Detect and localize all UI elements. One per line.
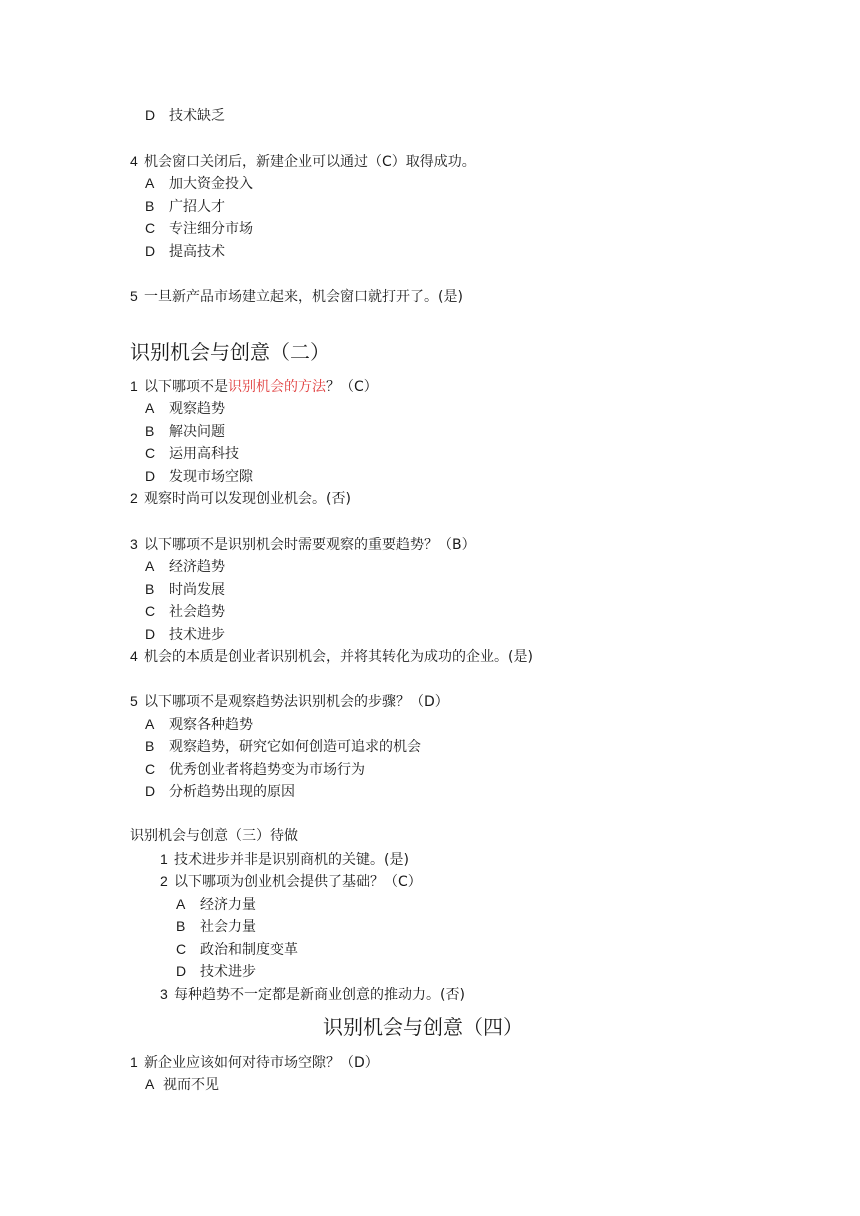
option-text: 时尚发展 [169,582,225,598]
option-letter: D [145,242,169,260]
option-row: B社会力量 [176,917,256,936]
option-text: 优秀创业者将趋势变为市场行为 [169,762,365,778]
question-text: 以下哪项不是观察趋势法识别机会的步骤？（D） [144,694,449,710]
option-row: C社会趋势 [145,602,225,621]
question-4: 4机会的本质是创业者识别机会，并将其转化为成功的企业。(是) [130,647,533,666]
question-3: 3每种趋势不一定都是新商业创意的推动力。(否) [160,985,465,1004]
option-text: 加大资金投入 [169,176,253,192]
question-1: 1新企业应该如何对待市场空隙？（D） [130,1053,379,1072]
question-text: 观察时尚可以发现创业机会。(否) [144,491,351,507]
option-text: 观察各种趋势 [169,717,253,733]
option-text: 技术进步 [169,627,225,643]
option-text: 观察趋势，研究它如何创造可追求的机会 [169,739,421,755]
option-row: D提高技术 [145,242,225,261]
option-text: 技术缺乏 [169,108,225,124]
option-letter: A [145,399,169,417]
option-text: 专注细分市场 [169,221,253,237]
section-heading: 识别机会与创意（四） [323,1014,523,1040]
option-row: A观察趋势 [145,399,225,418]
question-number: 1 [130,377,144,395]
question-text: 一旦新产品市场建立起来，机会窗口就打开了。(是) [144,289,463,305]
question-text: 以下哪项不是识别机会时需要观察的重要趋势？（B） [144,537,476,553]
question-number: 2 [160,872,174,890]
option-letter: B [145,737,169,755]
option-text: 政治和制度变革 [200,942,298,958]
option-letter: B [145,422,169,440]
question-text: 每种趋势不一定都是新商业创意的推动力。(否) [174,987,465,1003]
highlighted-text: 识别机会的方法 [228,379,326,395]
option-letter: A [176,895,200,913]
option-row: D技术进步 [145,625,225,644]
option-row: C政治和制度变革 [176,940,298,959]
question-1: 1以下哪项不是识别机会的方法？（C） [130,377,378,396]
question-answer: ？（C） [326,379,378,395]
option-letter: A [145,557,169,575]
question-1: 1技术进步并非是识别商机的关键。(是) [160,850,409,869]
option-row: B解决问题 [145,422,225,441]
option-letter: B [176,917,200,935]
question-number: 4 [130,647,144,665]
option-row: D分析趋势出现的原因 [145,782,295,801]
option-row: B广招人才 [145,197,225,216]
option-letter: A [145,174,169,192]
question-3: 3以下哪项不是识别机会时需要观察的重要趋势？（B） [130,535,476,554]
question-2: 2以下哪项为创业机会提供了基础？（C） [160,872,422,891]
option-letter: D [145,106,169,124]
option-text: 提高技术 [169,244,225,260]
option-row: A经济趋势 [145,557,225,576]
question-number: 1 [130,1053,144,1071]
option-letter: C [176,940,200,958]
question-5: 5以下哪项不是观察趋势法识别机会的步骤？（D） [130,692,449,711]
option-row: D技术缺乏 [145,106,225,125]
question-number: 3 [130,535,144,553]
option-text: 社会力量 [200,919,256,935]
option-text: 经济力量 [200,897,256,913]
option-text: 分析趋势出现的原因 [169,784,295,800]
option-letter: B [145,580,169,598]
option-letter: A [145,715,169,733]
question-text: 以下哪项为创业机会提供了基础？（C） [174,874,422,890]
option-text: 解决问题 [169,424,225,440]
option-row: A视而不见 [145,1075,219,1094]
question-2: 2观察时尚可以发现创业机会。(否) [130,489,351,508]
option-row: C专注细分市场 [145,219,253,238]
option-row: A经济力量 [176,895,256,914]
option-row: D发现市场空隙 [145,467,253,486]
question-number: 3 [160,985,174,1003]
question-number: 1 [160,850,174,868]
section-heading: 识别机会与创意（二） [130,339,330,365]
option-row: B观察趋势，研究它如何创造可追求的机会 [145,737,421,756]
option-text: 技术进步 [200,964,256,980]
option-text: 广招人才 [169,199,225,215]
question-number: 5 [130,287,144,305]
question-number: 2 [130,489,144,507]
option-text: 运用高科技 [169,446,239,462]
question-4: 4机会窗口关闭后，新建企业可以通过（C）取得成功。 [130,152,476,171]
option-letter: B [145,197,169,215]
option-letter: C [145,760,169,778]
option-row: C优秀创业者将趋势变为市场行为 [145,760,365,779]
section-heading: 识别机会与创意（三）待做 [130,827,298,845]
option-row: C运用高科技 [145,444,239,463]
option-row: A观察各种趋势 [145,715,253,734]
question-text: 以下哪项不是 [144,379,228,395]
option-letter: D [145,782,169,800]
question-text: 技术进步并非是识别商机的关键。(是) [174,852,409,868]
option-letter: D [145,625,169,643]
option-text: 观察趋势 [169,401,225,417]
option-row: B时尚发展 [145,580,225,599]
question-text: 机会的本质是创业者识别机会，并将其转化为成功的企业。(是) [144,649,533,665]
option-letter: A [145,1075,163,1093]
option-text: 社会趋势 [169,604,225,620]
question-text: 机会窗口关闭后，新建企业可以通过（C）取得成功。 [144,154,476,170]
question-5: 5一旦新产品市场建立起来，机会窗口就打开了。(是) [130,287,463,306]
option-row: D技术进步 [176,962,256,981]
option-letter: C [145,602,169,620]
option-text: 视而不见 [163,1077,219,1093]
option-letter: D [145,467,169,485]
question-number: 5 [130,692,144,710]
option-text: 发现市场空隙 [169,469,253,485]
option-letter: C [145,444,169,462]
option-letter: D [176,962,200,980]
option-text: 经济趋势 [169,559,225,575]
option-row: A加大资金投入 [145,174,253,193]
question-text: 新企业应该如何对待市场空隙？（D） [144,1055,379,1071]
option-letter: C [145,219,169,237]
question-number: 4 [130,152,144,170]
